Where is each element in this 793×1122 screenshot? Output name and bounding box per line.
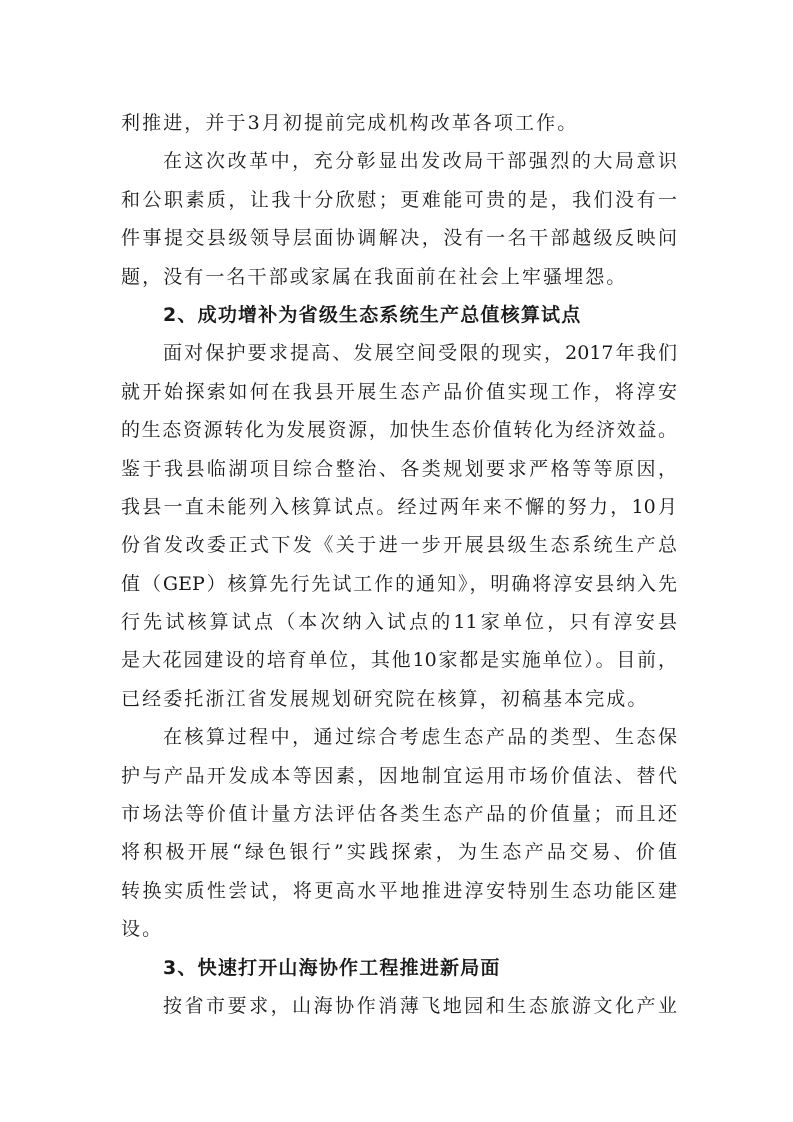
paragraph-line: 和公职素质，让我十分欣慰；更难能可贵的是，我们没有一 (121, 181, 677, 219)
paragraph-line: 就开始探索如何在我县开展生态产品价值实现工作，将淳安 (121, 373, 677, 411)
section-heading: 2、成功增补为省级生态系统生产总值核算试点 (121, 296, 677, 334)
paragraph-line: 在这次改革中，充分彰显出发改局干部强烈的大局意识 (121, 142, 677, 180)
paragraph-line: 护与产品开发成本等因素，因地制宜运用市场价值法、替代 (121, 757, 677, 795)
paragraph-line: 将积极开展“绿色银行”实践探索，为生态产品交易、价值 (121, 833, 677, 871)
paragraph-line: 设。 (121, 910, 677, 948)
paragraph-line: 行先试核算试点（本次纳入试点的11家单位，只有淳安县 (121, 603, 677, 641)
paragraph-line: 的生态资源转化为发展资源，加快生态价值转化为经济效益。 (121, 411, 677, 449)
paragraph-line: 份省发改委正式下发《关于进一步开展县级生态系统生产总 (121, 526, 677, 564)
section-heading: 3、快速打开山海协作工程推进新局面 (121, 949, 677, 987)
paragraph-line: 我县一直未能列入核算试点。经过两年来不懈的努力，10月 (121, 488, 677, 526)
paragraph-line: 是大花园建设的培育单位，其他10家都是实施单位）。目前， (121, 641, 677, 679)
paragraph-line: 转换实质性尝试，将更高水平地推进淳安特别生态功能区建 (121, 872, 677, 910)
paragraph-line: 面对保护要求提高、发展空间受限的现实，2017年我们 (121, 334, 677, 372)
paragraph-line: 题，没有一名干部或家属在我面前在社会上牢骚埋怨。 (121, 258, 677, 296)
document-body: 利推进，并于3月初提前完成机构改革各项工作。 在这次改革中，充分彰显出发改局干部… (121, 104, 677, 1025)
paragraph-line: 利推进，并于3月初提前完成机构改革各项工作。 (121, 104, 677, 142)
paragraph-line: 鉴于我县临湖项目综合整治、各类规划要求严格等等原因， (121, 450, 677, 488)
paragraph-line: 件事提交县级领导层面协调解决，没有一名干部越级反映问 (121, 219, 677, 257)
paragraph-line: 已经委托浙江省发展规划研究院在核算，初稿基本完成。 (121, 680, 677, 718)
paragraph-line: 市场法等价值计量方法评估各类生态产品的价值量；而且还 (121, 795, 677, 833)
paragraph-line: 按省市要求，山海协作消薄飞地园和生态旅游文化产业 (121, 987, 677, 1025)
paragraph-line: 值（GEP）核算先行先试工作的通知》，明确将淳安县纳入先 (121, 565, 677, 603)
document-page: 利推进，并于3月初提前完成机构改革各项工作。 在这次改革中，充分彰显出发改局干部… (0, 0, 793, 1122)
paragraph-line: 在核算过程中，通过综合考虑生态产品的类型、生态保 (121, 718, 677, 756)
